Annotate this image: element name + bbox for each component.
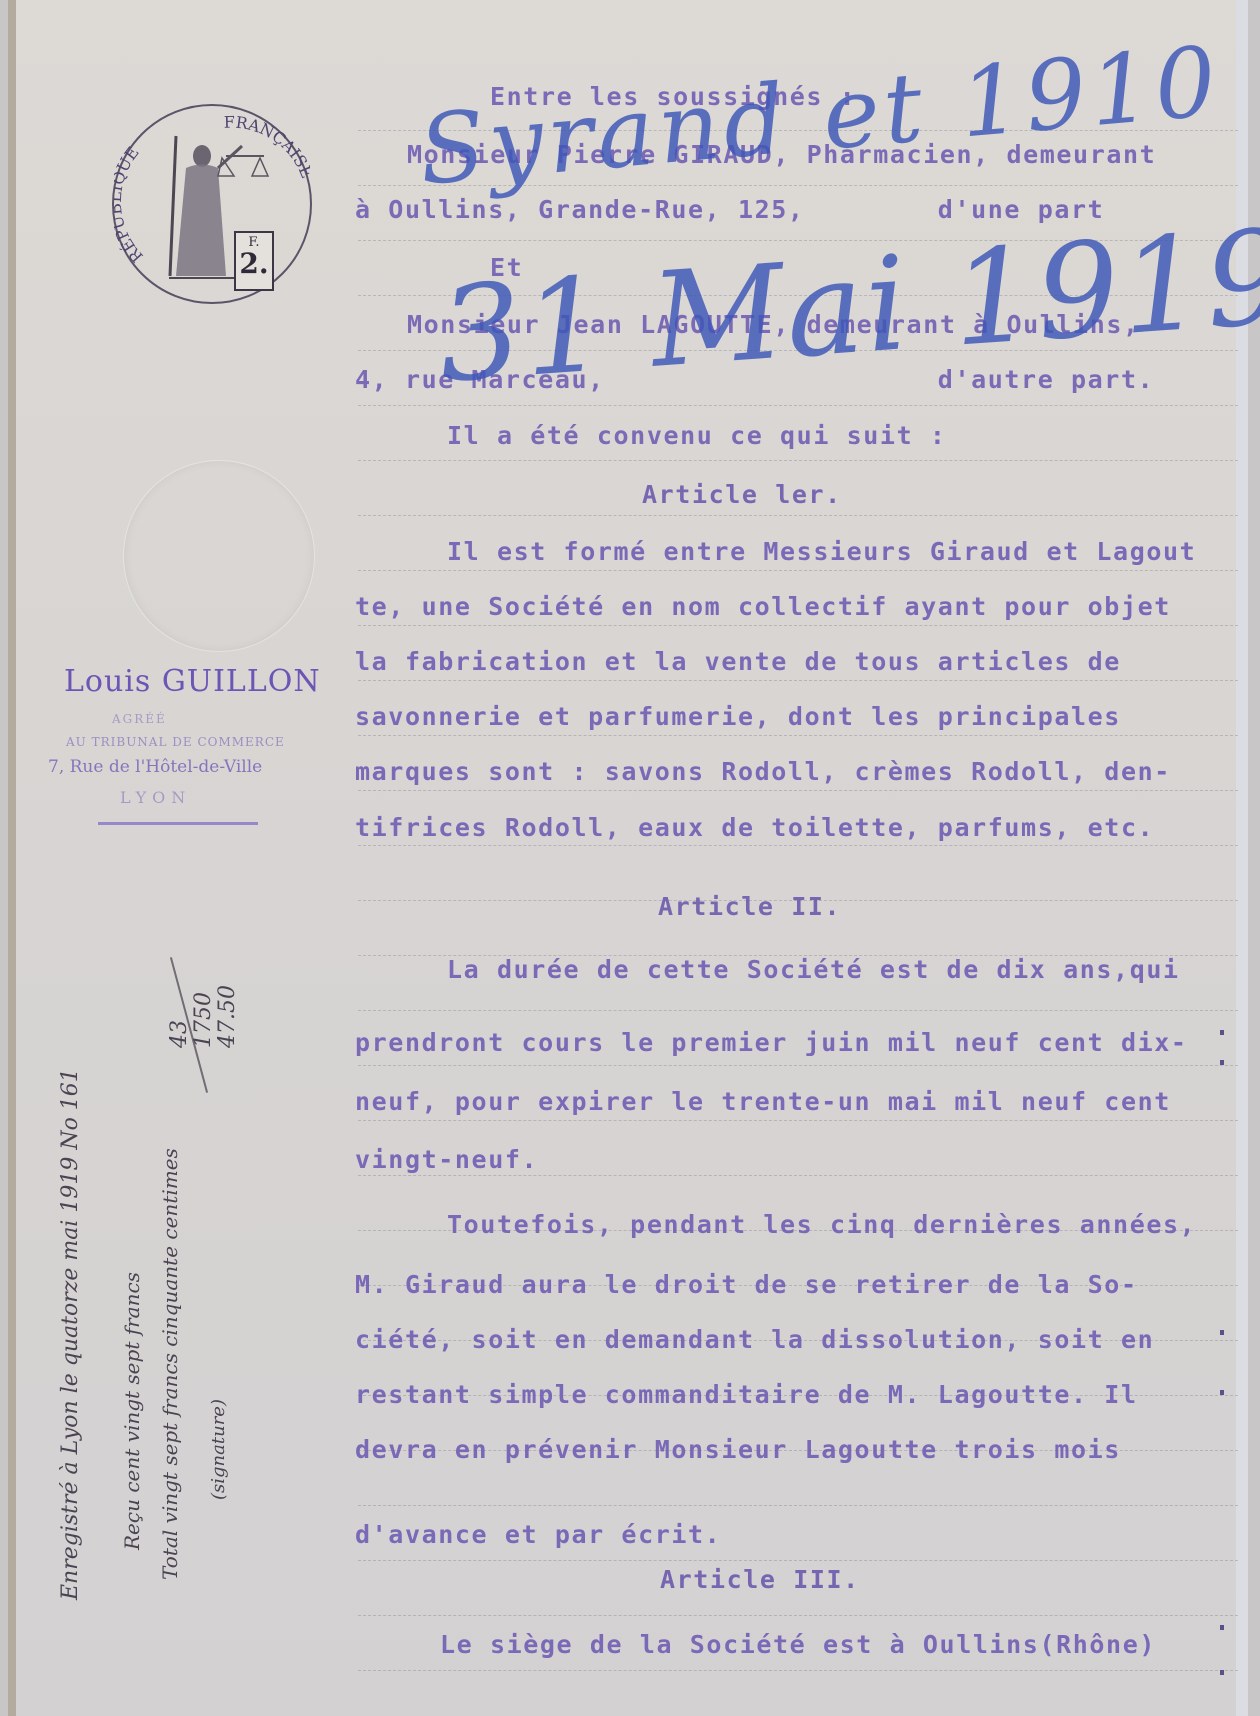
stamp-underline bbox=[98, 822, 258, 825]
typed-line: marques sont : savons Rodoll, crèmes Rod… bbox=[355, 757, 1171, 786]
svg-text:FRANÇAISE: FRANÇAISE bbox=[224, 113, 310, 181]
justice-figure-icon: RÉPUBLIQUE FRANÇAISE bbox=[114, 106, 310, 302]
ruled-line bbox=[358, 790, 1238, 791]
typed-line: devra en prévenir Monsieur Lagoutte troi… bbox=[355, 1435, 1121, 1464]
typed-line: Le siège de la Société est à Oullins(Rhô… bbox=[440, 1630, 1156, 1659]
typed-line: ciété, soit en demandant la dissolution,… bbox=[355, 1325, 1154, 1354]
ruled-line bbox=[358, 680, 1238, 681]
typed-line: d'avance et par écrit. bbox=[355, 1520, 721, 1549]
typed-line: la fabrication et la vente de tous artic… bbox=[355, 647, 1121, 676]
amount-total: 47.50 bbox=[216, 985, 240, 1048]
registration-note: Enregistré à Lyon le quatorze mai 1919 N… bbox=[58, 1068, 83, 1600]
typed-line: neuf, pour expirer le trente-un mai mil … bbox=[355, 1087, 1171, 1116]
typed-line: te, une Société en nom collectif ayant p… bbox=[355, 592, 1171, 621]
ruled-line bbox=[358, 735, 1238, 736]
ruled-line bbox=[358, 1065, 1238, 1066]
registration-signature: (signature) bbox=[208, 1399, 229, 1500]
registration-note-received: Reçu cent vingt sept francs bbox=[120, 1272, 144, 1550]
republique-francaise-seal: RÉPUBLIQUE FRANÇAISE F. 2. bbox=[112, 104, 312, 304]
margin-dot bbox=[1220, 1060, 1224, 1065]
margin-dot bbox=[1220, 1670, 1224, 1675]
ruled-line bbox=[358, 1615, 1238, 1616]
embossed-seal bbox=[123, 460, 315, 652]
typed-line: Il est formé entre Messieurs Giraud et L… bbox=[447, 537, 1196, 566]
margin-dot bbox=[1220, 1330, 1224, 1335]
ruled-line bbox=[358, 1670, 1238, 1671]
margin-dot bbox=[1220, 1625, 1224, 1630]
stamp-name: Louis GUILLON bbox=[64, 664, 321, 699]
typed-line: vingt-neuf. bbox=[355, 1145, 538, 1174]
typed-line: prendront cours le premier juin mil neuf… bbox=[355, 1028, 1188, 1057]
stamp-court: AU TRIBUNAL DE COMMERCE bbox=[66, 735, 285, 749]
ruled-line bbox=[358, 515, 1238, 516]
stamp-address: 7, Rue de l'Hôtel-de-Ville bbox=[48, 757, 262, 777]
typed-line: M. Giraud aura le droit de se retirer de… bbox=[355, 1270, 1138, 1299]
typed-line: Toutefois, pendant les cinq dernières an… bbox=[447, 1210, 1196, 1239]
article-heading: Article III. bbox=[660, 1565, 860, 1594]
ruled-line bbox=[358, 625, 1238, 626]
ruled-line bbox=[358, 460, 1238, 461]
stamp-value-box: F. 2. bbox=[234, 231, 274, 291]
stamp-value: 2. bbox=[236, 250, 272, 278]
typed-line: Il a été convenu ce qui suit : bbox=[447, 421, 947, 450]
registration-note-total: Total vingt sept francs cinquante centim… bbox=[158, 1148, 182, 1580]
article-heading: Article II. bbox=[658, 892, 841, 921]
typed-line: restant simple commanditaire de M. Lagou… bbox=[355, 1380, 1138, 1409]
margin-dot bbox=[1220, 1390, 1224, 1395]
handwritten-overlay-name: Syrand et 1910 bbox=[415, 25, 1225, 207]
ruled-line bbox=[358, 845, 1238, 846]
amount: 1750 bbox=[192, 985, 216, 1048]
stamp-city: LYON bbox=[120, 788, 191, 807]
ruled-line bbox=[358, 1560, 1238, 1561]
stamp-title: AGRÉÉ bbox=[112, 712, 167, 726]
typed-line: tifrices Rodoll, eaux de toilette, parfu… bbox=[355, 813, 1154, 842]
ruled-line bbox=[358, 570, 1238, 571]
article-heading: Article ler. bbox=[642, 480, 842, 509]
typed-line: savonnerie et parfumerie, dont les princ… bbox=[355, 702, 1121, 731]
ruled-line bbox=[358, 1010, 1238, 1011]
svg-text:RÉPUBLIQUE: RÉPUBLIQUE bbox=[114, 143, 147, 266]
paper-edge bbox=[8, 0, 16, 1716]
ruled-line bbox=[358, 1505, 1238, 1506]
ruled-line bbox=[358, 1120, 1238, 1121]
typed-line: La durée de cette Société est de dix ans… bbox=[447, 955, 1180, 984]
ruled-line bbox=[358, 1175, 1238, 1176]
document-page: RÉPUBLIQUE FRANÇAISE F. 2. Louis GUILLON… bbox=[8, 0, 1248, 1716]
margin-dot bbox=[1220, 1030, 1224, 1035]
